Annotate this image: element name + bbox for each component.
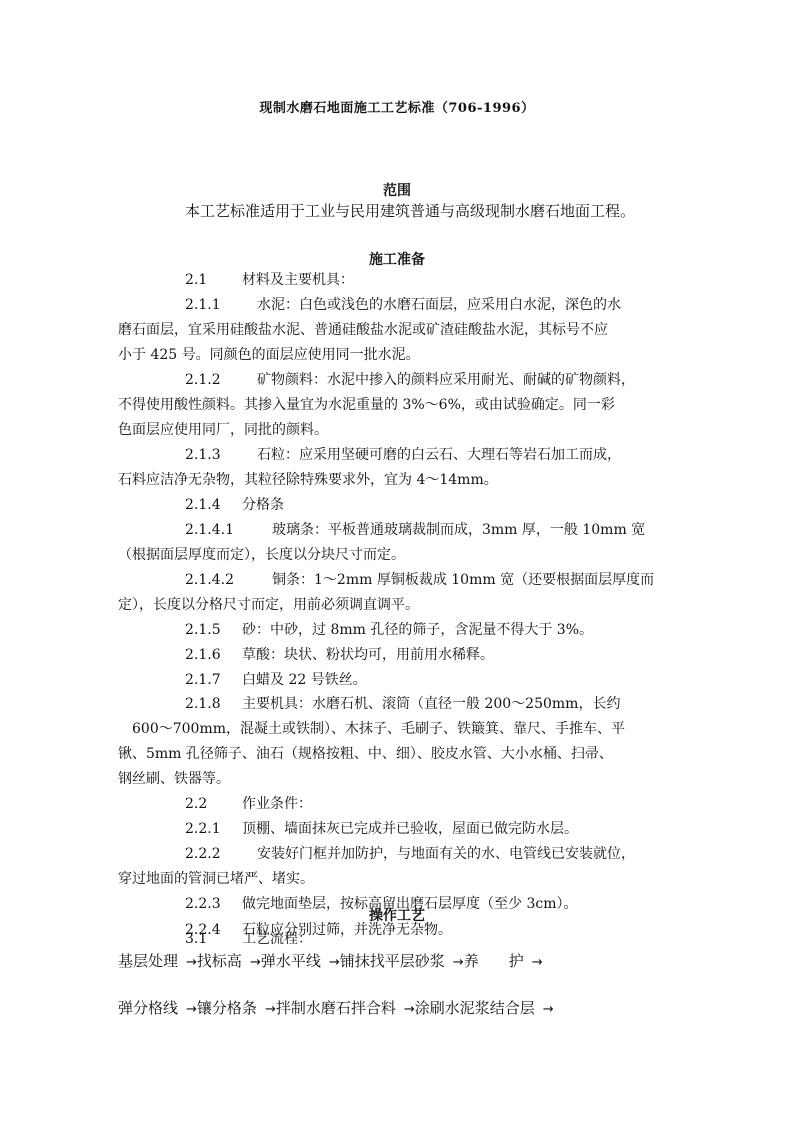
preparation-line: 2.1.8主要机具：水磨石机、滚筒（直径一般 200～250mm，长约 — [185, 694, 620, 714]
arrow-right-icon: → — [532, 955, 543, 970]
clause-text: 磨石面层，宜采用硅酸盐水泥、普通硅酸盐水泥或矿渣硅酸盐水泥，其标号不应 — [118, 322, 608, 338]
clause-text: 白蜡及 22 号铁丝。 — [242, 672, 367, 688]
preparation-line: 2.1.4.2铜条：1～2mm 厚铜板裁成 10mm 宽（还要根据面层厚度而 — [185, 570, 654, 590]
subheading-number: 3.1 — [185, 929, 242, 949]
preparation-line: 小于 425 号。同颜色的面层应使用同一批水泥。 — [118, 345, 420, 365]
clause-text: 草酸：块状、粉状均可，用前用水稀释。 — [242, 647, 494, 663]
process-flow-row-1: 基层处理→找标高→弹水平线→铺抹找平层砂浆→养 护→ — [118, 950, 543, 971]
flow-step: 弹水平线 — [261, 952, 321, 970]
arrow-right-icon: → — [250, 955, 261, 970]
document-title: 现制水磨石地面施工工艺标准（706-1996） — [0, 97, 794, 116]
clause-text: 石料应洁净无杂物，其粒径除特殊要求外，宜为 4～14mm。 — [118, 472, 498, 488]
flow-step: 拌制水磨石拌合料 — [276, 999, 396, 1017]
clause-text: 锹、5mm 孔径筛子、油石（规格按粗、中、细）、胶皮水管、大小水桶、扫帚、 — [118, 746, 613, 762]
clause-text: （根据面层厚度而定），长度以分块尺寸而定。 — [118, 547, 405, 563]
preparation-line: 锹、5mm 孔径筛子、油石（规格按粗、中、细）、胶皮水管、大小水桶、扫帚、 — [118, 744, 613, 764]
scope-text: 本工艺标准适用于工业与民用建筑普通与高级现制水磨石地面工程。 — [185, 201, 635, 221]
preparation-line: （根据面层厚度而定），长度以分块尺寸而定。 — [118, 545, 405, 565]
clause-text: 小于 425 号。同颜色的面层应使用同一批水泥。 — [118, 347, 420, 363]
preparation-line: 钢丝刷、铁器等。 — [118, 769, 230, 789]
clause-number: 2.2.2 — [185, 844, 257, 864]
clause-text: 安装好门框并加防护，与地面有关的水、电管线已安装就位， — [257, 846, 635, 862]
section-heading-operation: 操作工艺 — [0, 905, 794, 925]
clause-number: 2.1.7 — [185, 670, 242, 690]
preparation-line: 色面层应使用同厂，同批的颜料。 — [118, 420, 328, 440]
clause-number: 2.1.6 — [185, 645, 242, 665]
flow-step: 铺抹找平层砂浆 — [340, 952, 445, 970]
preparation-line: 石料应洁净无杂物，其粒径除特殊要求外，宜为 4～14mm。 — [118, 470, 498, 490]
clause-number: 2.1.4.2 — [185, 570, 272, 590]
preparation-line: 2.1.4分格条 — [185, 495, 284, 515]
clause-number: 2.2.1 — [185, 819, 242, 839]
subheading-text: 工艺流程： — [242, 931, 312, 947]
preparation-line: 不得使用酸性颜料。其掺入量宜为水泥重量的 3%～6%，或由试验确定。同一彩 — [118, 395, 615, 415]
clause-number: 2.1.8 — [185, 694, 242, 714]
clause-text: 砂：中砂，过 8mm 孔径的筛子，含泥量不得大于 3%。 — [242, 622, 593, 638]
preparation-line: 2.2作业条件： — [185, 794, 312, 814]
clause-text: 钢丝刷、铁器等。 — [118, 771, 230, 787]
clause-text: 主要机具：水磨石机、滚筒（直径一般 200～250mm，长约 — [242, 696, 620, 712]
clause-number: 2.1.4.1 — [185, 520, 272, 540]
clause-text: 矿物颜料：水泥中掺入的颜料应采用耐光、耐碱的矿物颜料， — [257, 372, 635, 388]
clause-text: 顶棚、墙面抹灰已完成并已验收，屋面已做完防水层。 — [242, 821, 578, 837]
clause-number: 2.2 — [185, 794, 242, 814]
flow-step: 镶分格条 — [197, 999, 257, 1017]
preparation-line: 2.1.1水泥：白色或浅色的水磨石面层，应采用白水泥，深色的水 — [185, 295, 621, 315]
clause-number: 2.1.3 — [185, 445, 257, 465]
arrow-right-icon: → — [186, 1002, 197, 1017]
arrow-right-icon: → — [404, 1002, 415, 1017]
preparation-line: 2.2.1顶棚、墙面抹灰已完成并已验收，屋面已做完防水层。 — [185, 819, 578, 839]
clause-text: 铜条：1～2mm 厚铜板裁成 10mm 宽（还要根据面层厚度而 — [272, 572, 654, 588]
clause-text: 玻璃条：平板普通玻璃裁制而成，3mm 厚，一般 10mm 宽 — [272, 522, 645, 538]
preparation-line: 2.1.4.1玻璃条：平板普通玻璃裁制而成，3mm 厚，一般 10mm 宽 — [185, 520, 645, 540]
clause-text: 定），长度以分格尺寸而定，用前必须调直调平。 — [118, 597, 419, 613]
preparation-line: 2.1材料及主要机具： — [185, 270, 354, 290]
arrow-right-icon: → — [186, 955, 197, 970]
preparation-line: 磨石面层，宜采用硅酸盐水泥、普通硅酸盐水泥或矿渣硅酸盐水泥，其标号不应 — [118, 320, 608, 340]
preparation-line: 2.2.2安装好门框并加防护，与地面有关的水、电管线已安装就位， — [185, 844, 635, 864]
clause-text: 水泥：白色或浅色的水磨石面层，应采用白水泥，深色的水 — [257, 297, 621, 313]
clause-text: 石粒：应采用坚硬可磨的白云石、大理石等岩石加工而成， — [257, 447, 621, 463]
clause-number: 2.1.4 — [185, 495, 242, 515]
arrow-right-icon: → — [329, 955, 340, 970]
section-heading-preparation: 施工准备 — [0, 249, 794, 269]
process-flow-row-2: 弹分格线→镶分格条→拌制水磨石拌合料→涂刷水泥浆结合层→ — [118, 997, 554, 1018]
preparation-line: 2.1.3石粒：应采用坚硬可磨的白云石、大理石等岩石加工而成， — [185, 445, 621, 465]
preparation-line: 2.1.6草酸：块状、粉状均可，用前用水稀释。 — [185, 645, 494, 665]
preparation-line: 2.1.2矿物颜料：水泥中掺入的颜料应采用耐光、耐碱的矿物颜料， — [185, 370, 635, 390]
flow-step: 找标高 — [197, 952, 242, 970]
process-flow-subheading: 3.1工艺流程： — [185, 929, 312, 949]
arrow-right-icon: → — [453, 955, 464, 970]
document-page: 现制水磨石地面施工工艺标准（706-1996） 范围 本工艺标准适用于工业与民用… — [0, 0, 794, 1123]
clause-text: 600～700mm，混凝土或铁制）、木抹子、毛刷子、铁簸箕、靠尺、手推车、平 — [132, 721, 625, 737]
arrow-right-icon: → — [265, 1002, 276, 1017]
clause-text: 分格条 — [242, 497, 284, 513]
preparation-line: 600～700mm，混凝土或铁制）、木抹子、毛刷子、铁簸箕、靠尺、手推车、平 — [132, 719, 625, 739]
clause-text: 色面层应使用同厂，同批的颜料。 — [118, 422, 328, 438]
flow-step: 基层处理 — [118, 952, 178, 970]
arrow-right-icon: → — [543, 1002, 554, 1017]
clause-number: 2.1.1 — [185, 295, 257, 315]
clause-number: 2.1.5 — [185, 620, 242, 640]
clause-text: 不得使用酸性颜料。其掺入量宜为水泥重量的 3%～6%，或由试验确定。同一彩 — [118, 397, 615, 413]
section-heading-scope: 范围 — [0, 180, 794, 200]
flow-step: 养 护 — [464, 952, 524, 970]
clause-text: 材料及主要机具： — [242, 272, 354, 288]
preparation-line: 穿过地面的管洞已堵严、堵实。 — [118, 869, 314, 889]
preparation-line: 定），长度以分格尺寸而定，用前必须调直调平。 — [118, 595, 419, 615]
flow-step: 涂刷水泥浆结合层 — [415, 999, 535, 1017]
clause-number: 2.1.2 — [185, 370, 257, 390]
clause-number: 2.1 — [185, 270, 242, 290]
flow-step: 弹分格线 — [118, 999, 178, 1017]
clause-text: 作业条件： — [242, 796, 312, 812]
preparation-line: 2.1.5砂：中砂，过 8mm 孔径的筛子，含泥量不得大于 3%。 — [185, 620, 593, 640]
preparation-line: 2.1.7白蜡及 22 号铁丝。 — [185, 670, 367, 690]
clause-text: 穿过地面的管洞已堵严、堵实。 — [118, 871, 314, 887]
